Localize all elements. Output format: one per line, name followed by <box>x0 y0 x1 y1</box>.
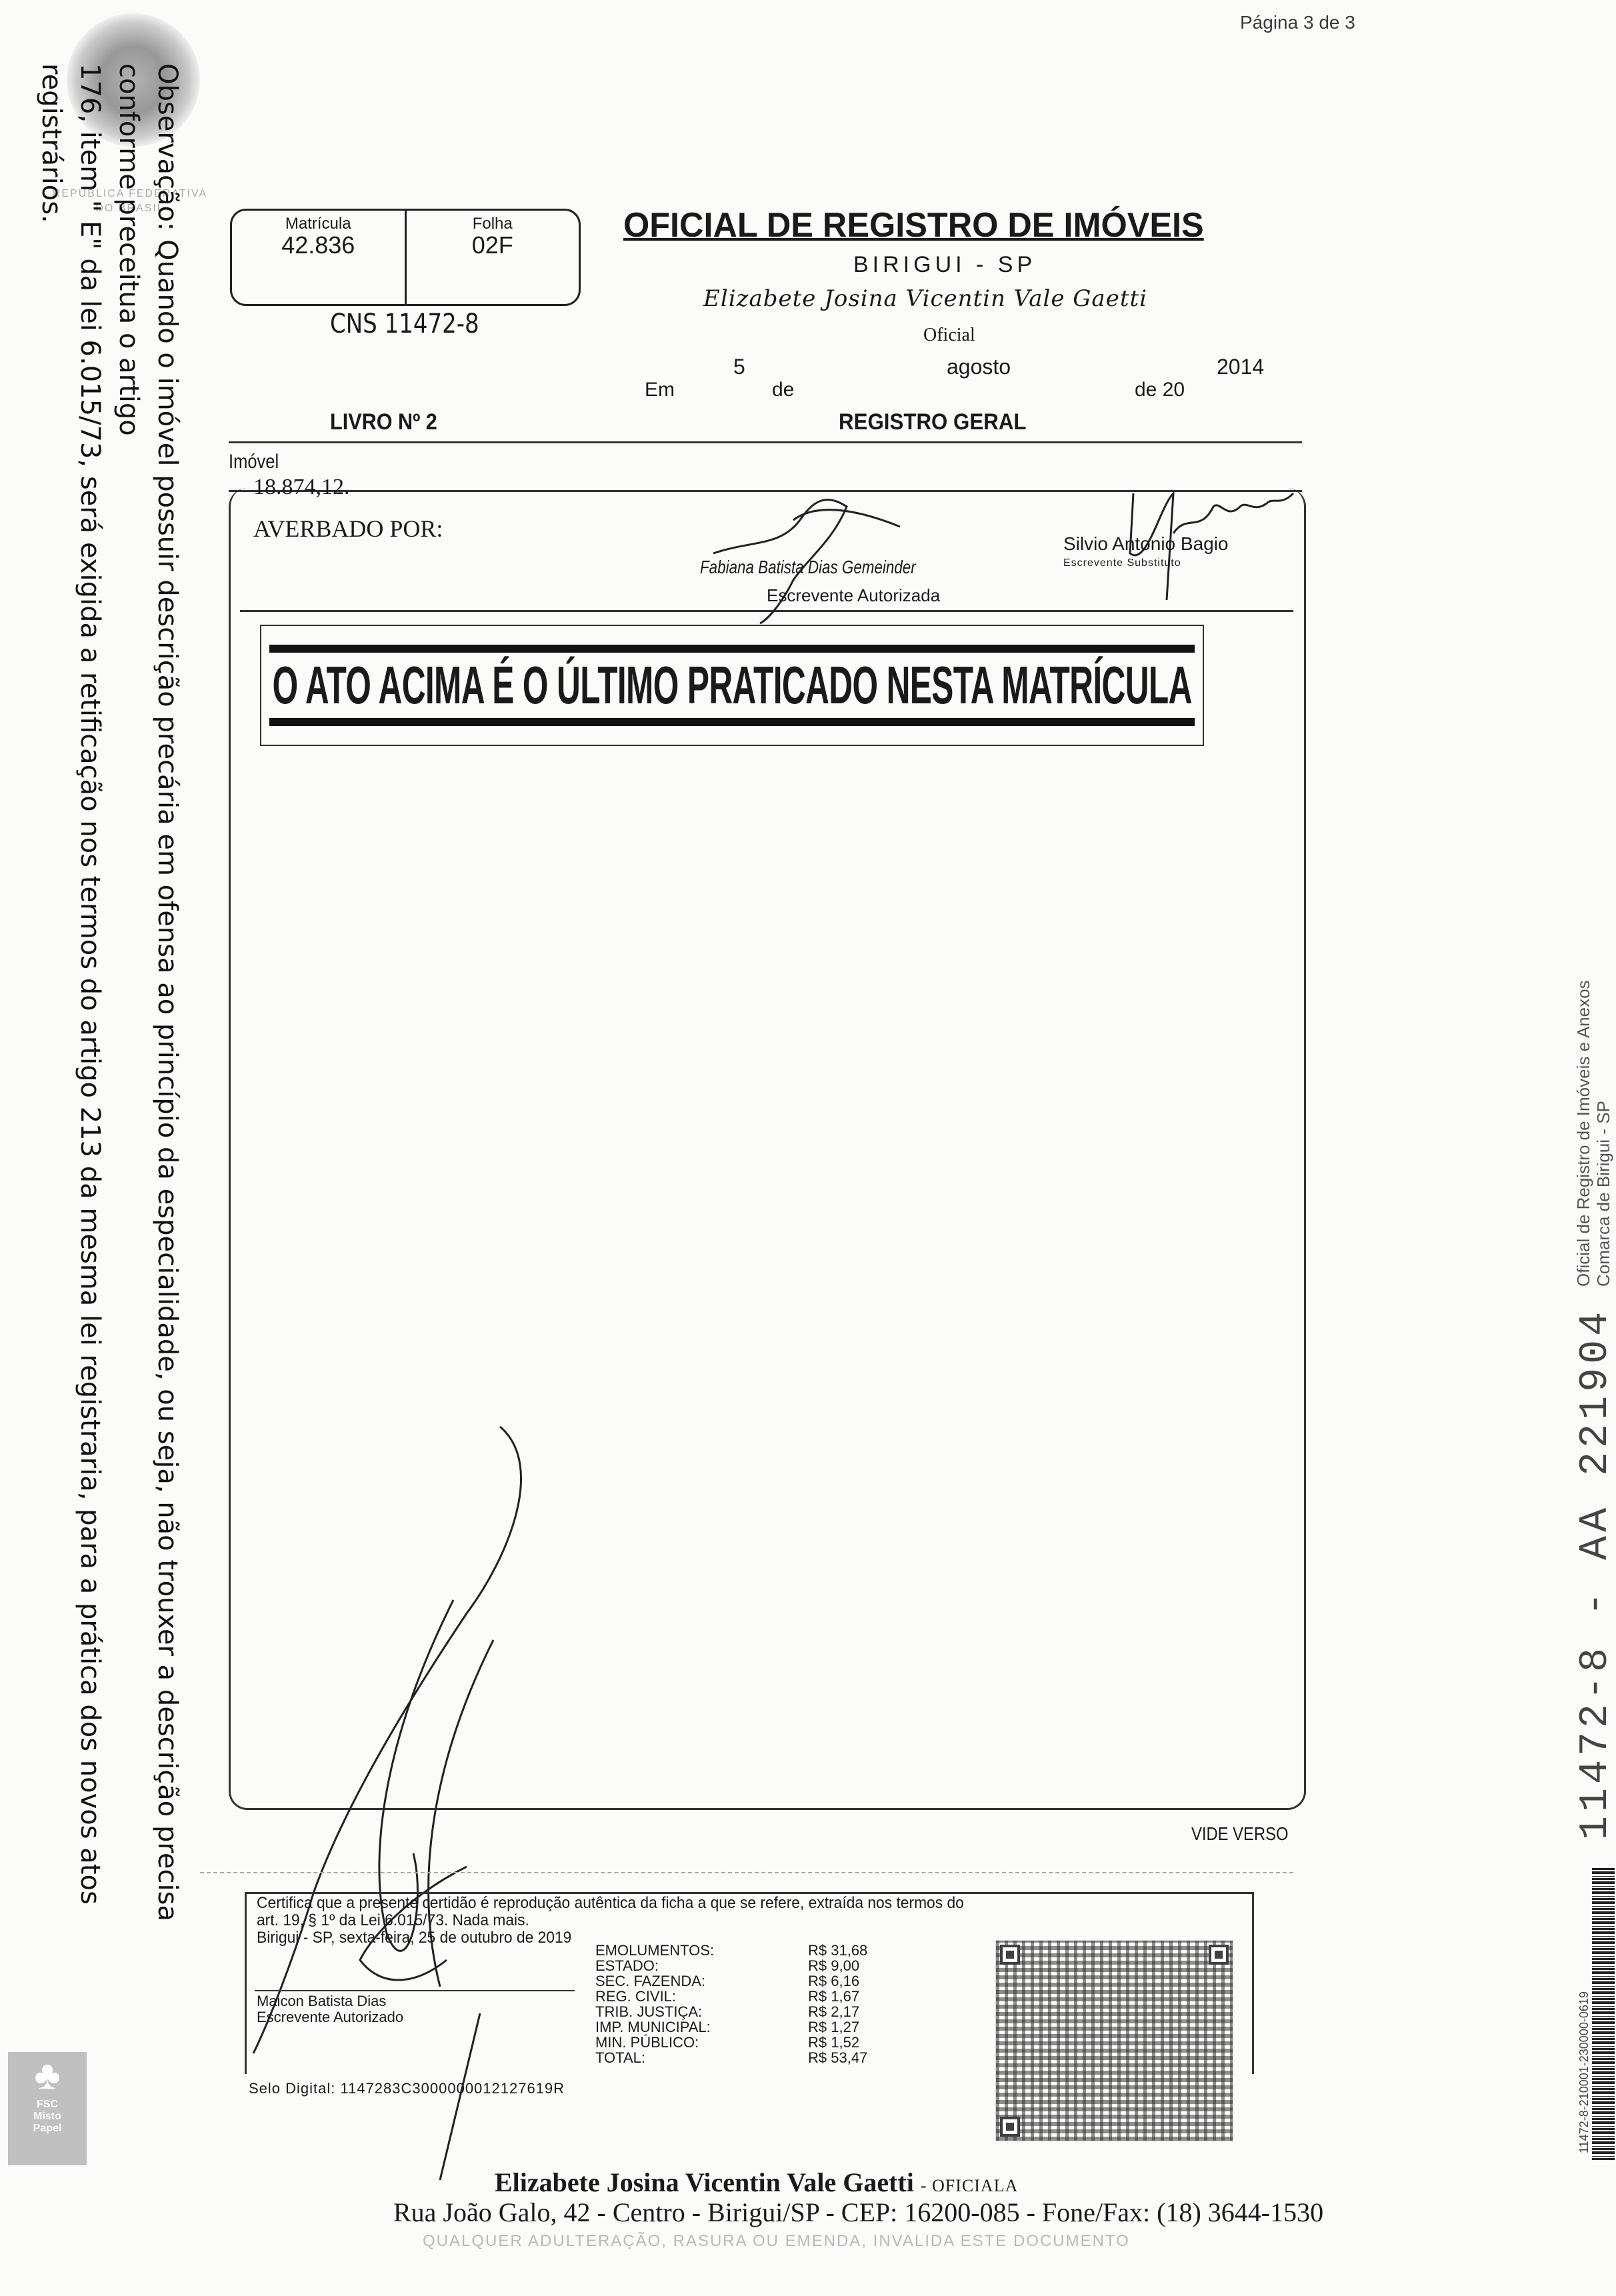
fee-label: TRIB. JUSTIÇA: <box>595 2004 714 2019</box>
folha-value: 02F <box>407 233 579 257</box>
fee-value: R$ 9,00 <box>808 1958 867 1973</box>
cut-line <box>200 1872 1293 1873</box>
date-de-20: de 20 <box>1135 379 1185 401</box>
fsc-line1: FSC <box>8 2099 87 2111</box>
fee-label: EMOLUMENTOS: <box>595 1943 714 1958</box>
closing-notice-box: O ATO ACIMA É O ÚLTIMO PRATICADO NESTA M… <box>260 625 1204 746</box>
matricula-value: 42.836 <box>232 233 405 257</box>
digital-seal: Selo Digital: 1147283C3000000012127619R <box>249 2080 565 2097</box>
certificate-line2: art. 19, § 1º da Lei 6.015/73. Nada mais… <box>257 1912 1194 1929</box>
fee-label: SEC. FAZENDA: <box>595 1973 714 1989</box>
fees-labels: EMOLUMENTOS: ESTADO: SEC. FAZENDA: REG. … <box>595 1943 714 2065</box>
fee-value: R$ 31,68 <box>808 1943 867 1958</box>
fee-value: R$ 6,16 <box>808 1973 867 1989</box>
date-year: 2014 <box>1217 355 1264 379</box>
matricula-folha-box: Matrícula 42.836 Folha 02F <box>230 209 581 306</box>
footer-warning: QUALQUER ADULTERAÇÃO, RASURA OU EMENDA, … <box>423 2232 1130 2251</box>
signer2-role: Escrevente Substituto <box>1063 557 1181 569</box>
area-fragment: 18.874,12. <box>253 475 350 500</box>
page-number: Página 3 de 3 <box>1240 12 1355 33</box>
right-caption-line1: Oficial de Registro de Imóveis e Anexos <box>1573 980 1593 1287</box>
fsc-tree-icon: ♣ <box>8 2052 87 2099</box>
fee-value: R$ 1,52 <box>808 2035 867 2050</box>
signer1-name: Fabiana Batista Dias Gemeinder <box>700 557 916 578</box>
signer1-role: Escrevente Autorizada <box>767 585 940 606</box>
fee-label: MIN. PÚBLICO: <box>595 2035 714 2050</box>
fee-label: IMP. MUNICIPAL: <box>595 2019 714 2035</box>
fee-label: REG. CIVIL: <box>595 1989 714 2004</box>
qr-finder-icon <box>1209 1945 1229 1965</box>
fsc-line3: Papel <box>8 2123 87 2135</box>
fee-value: R$ 1,67 <box>808 1989 867 2004</box>
registry-city: BIRIGUI - SP <box>853 252 1036 278</box>
date-day: 5 <box>733 355 745 379</box>
header-divider <box>229 441 1302 443</box>
clerk-name: Maicon Batista Dias <box>257 1993 403 2009</box>
fee-value: R$ 1,27 <box>808 2019 867 2035</box>
observation-line1: Observação: Quando o imóvel possuir desc… <box>109 63 187 2030</box>
closing-notice-band: O ATO ACIMA É O ÚLTIMO PRATICADO NESTA M… <box>269 645 1195 726</box>
fsc-logo-icon: ♣ FSC Misto Papel <box>8 2052 87 2165</box>
matricula-cell: Matrícula 42.836 <box>232 211 405 304</box>
fee-value: R$ 2,17 <box>808 2004 867 2019</box>
fee-label: ESTADO: <box>595 1958 714 1973</box>
barcode-icon <box>1592 1867 1615 2160</box>
certificate-text: Certifica que a presente certidão é repr… <box>257 1895 1194 1947</box>
matricula-label: Matrícula <box>232 215 405 233</box>
right-margin-caption: Oficial de Registro de Imóveis e Anexos … <box>1573 980 1613 1287</box>
livro-number: LIVRO Nº 2 <box>330 409 437 435</box>
clerk-role: Escrevente Autorizado <box>257 2009 403 2025</box>
cns-number: CNS 11472-8 <box>330 309 479 339</box>
qr-finder-icon <box>1000 1945 1020 1965</box>
fee-label: TOTAL: <box>595 2050 714 2065</box>
folha-label: Folha <box>407 215 579 233</box>
clerk-signature-line <box>255 1990 575 1991</box>
right-caption-line2: Comarca de Birigui - SP <box>1593 980 1613 1287</box>
clerk-block: Maicon Batista Dias Escrevente Autorizad… <box>257 1993 403 2025</box>
averbado-label: AVERBADO POR: <box>253 515 443 543</box>
date-de: de <box>772 379 794 401</box>
signer2-name: Silvio Antonio Bagio <box>1063 533 1229 555</box>
imovel-label: Imóvel <box>229 451 279 473</box>
qr-code-icon <box>995 1940 1233 2141</box>
official-role: Oficial <box>923 325 975 346</box>
footer-address: Rua João Galo, 42 - Centro - Birigui/SP … <box>393 2197 1323 2228</box>
fee-value: R$ 53,47 <box>808 2050 867 2065</box>
fees-values: R$ 31,68 R$ 9,00 R$ 6,16 R$ 1,67 R$ 2,17… <box>808 1943 867 2065</box>
date-month: agosto <box>947 355 1011 379</box>
folha-cell: Folha 02F <box>405 211 579 304</box>
official-name-script: Elizabete Josina Vicentin Vale Gaetti <box>703 285 1147 312</box>
registry-title: OFICIAL DE REGISTRO DE IMÓVEIS <box>623 205 1204 245</box>
paper-serial-number: 11472-8 - AA 221904 <box>1573 1308 1616 1840</box>
observation-line2: 176, item " E" da lei 6.015/73, será exi… <box>32 63 109 2030</box>
vide-verso-label: VIDE VERSO <box>1191 1823 1288 1845</box>
observation-note: Observação: Quando o imóvel possuir desc… <box>32 63 187 2030</box>
fsc-line2: Misto <box>8 2111 87 2123</box>
footer-official-name: Elizabete Josina Vicentin Vale Gaetti <box>495 2167 914 2197</box>
footer-official: Elizabete Josina Vicentin Vale Gaetti - … <box>495 2167 1018 2198</box>
certificate-line1: Certifica que a presente certidão é repr… <box>257 1895 1194 1912</box>
footer-official-role: - OFICIALA <box>921 2176 1019 2195</box>
date-prefix: Em <box>645 379 675 401</box>
book-type: REGISTRO GERAL <box>839 409 1027 435</box>
qr-finder-icon <box>1000 2117 1020 2137</box>
barcode-number: 11472-8-210001-230000-0619 <box>1577 1991 1591 2153</box>
closing-notice-text: O ATO ACIMA É O ÚLTIMO PRATICADO NESTA M… <box>272 655 1191 716</box>
